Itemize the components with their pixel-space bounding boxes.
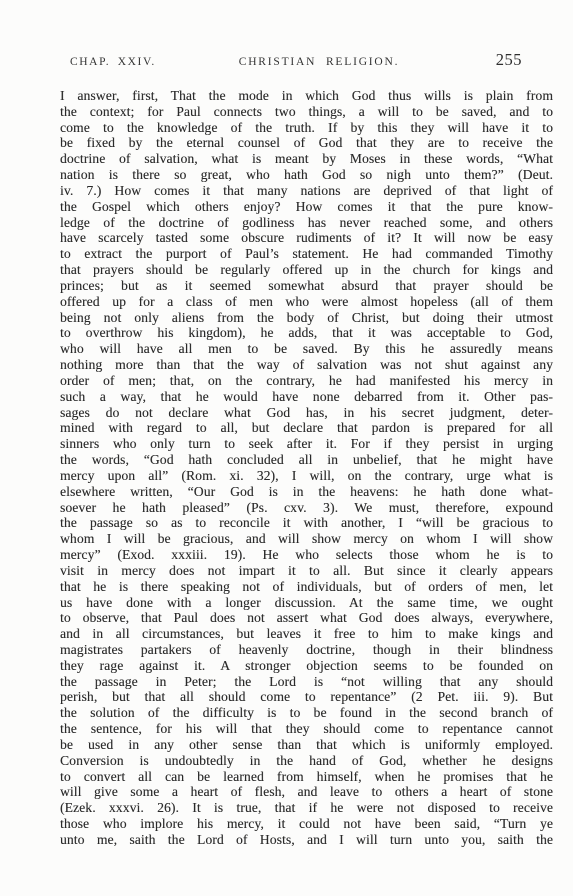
text-line: be fixed by the eternal counsel of God t… bbox=[60, 135, 553, 151]
text-line: be used in any other sense than that whi… bbox=[60, 737, 553, 753]
text-line: nation is there so great, who hath God s… bbox=[60, 167, 553, 183]
text-line: doctrine of salvation, what is meant by … bbox=[60, 151, 553, 167]
text-line: sages do not declare what God has, in hi… bbox=[60, 405, 553, 421]
text-line: iv. 7.) How comes it that many nations a… bbox=[60, 183, 553, 199]
text-line: unto me, saith the Lord of Hosts, and I … bbox=[60, 832, 553, 848]
text-line: (Ezek. xxxvi. 26). It is true, that if h… bbox=[60, 800, 553, 816]
running-head-title: CHRISTIAN RELIGION. bbox=[239, 56, 400, 68]
text-line: the passage so as to reconcile it with a… bbox=[60, 515, 553, 531]
text-line: nothing more than that the way of salvat… bbox=[60, 357, 553, 373]
text-line: the sentence, for his will that they sho… bbox=[60, 721, 553, 737]
text-line: to overthrow his kingdom), he adds, that… bbox=[60, 325, 553, 341]
text-line: have scarcely tasted some obscure rudime… bbox=[60, 230, 553, 246]
text-line: the words, “God hath concluded all in un… bbox=[60, 452, 553, 468]
text-line: order of men; that, on the contrary, he … bbox=[60, 373, 553, 389]
text-line: elsewhere written, “Our God is in the he… bbox=[60, 484, 553, 500]
text-line: to extract the purport of Paul’s stateme… bbox=[60, 246, 553, 262]
text-line: to convert all can be learned from himse… bbox=[60, 769, 553, 785]
text-line: that he is there speaking not of individ… bbox=[60, 579, 553, 595]
text-line: mined with regard to all, but declare th… bbox=[60, 420, 553, 436]
text-line: mercy upon all” (Rom. xi. 32), I will, o… bbox=[60, 468, 553, 484]
text-line: perish, but that all should come to repe… bbox=[60, 689, 553, 705]
text-line: those who implore his mercy, it could no… bbox=[60, 816, 553, 832]
text-line: such a way, that he would have none deba… bbox=[60, 389, 553, 405]
text-line: the passage in Peter; the Lord is “not w… bbox=[60, 674, 553, 690]
text-line: who will have all men to be saved. By th… bbox=[60, 341, 553, 357]
text-line: princes; but as it seemed somewhat absur… bbox=[60, 278, 553, 294]
text-line: mercy” (Exod. xxxiii. 19). He who select… bbox=[60, 547, 553, 563]
text-line: will give some a heart of flesh, and lea… bbox=[60, 784, 553, 800]
text-line: the context; for Paul connects two thing… bbox=[60, 104, 553, 120]
text-line: they rage against it. A stronger objecti… bbox=[60, 658, 553, 674]
text-line: Conversion is undoubtedly in the hand of… bbox=[60, 753, 553, 769]
text-line: I answer, first, That the mode in which … bbox=[60, 88, 553, 104]
running-header: CHAP. XXIV. CHRISTIAN RELIGION. 255 bbox=[60, 52, 553, 72]
text-line: being not only aliens from the body of C… bbox=[60, 310, 553, 326]
text-line: ledge of the doctrine of godliness has n… bbox=[60, 215, 553, 231]
text-line: visit in mercy does not impart it to all… bbox=[60, 563, 553, 579]
text-line: to observe, that Paul does not assert wh… bbox=[60, 610, 553, 626]
page-body-text: I answer, first, That the mode in which … bbox=[60, 88, 553, 848]
text-line: magistrates partakers of heavenly doctri… bbox=[60, 642, 553, 658]
text-line: us have done with a longer discussion. A… bbox=[60, 595, 553, 611]
text-line: and in all circumstances, but leaves it … bbox=[60, 626, 553, 642]
text-line: come to the knowledge of the truth. If b… bbox=[60, 120, 553, 136]
text-line: offered up for a class of men who were a… bbox=[60, 294, 553, 310]
book-page: CHAP. XXIV. CHRISTIAN RELIGION. 255 I an… bbox=[0, 0, 573, 896]
page-number: 255 bbox=[496, 50, 522, 70]
text-line: soever he hath pleased” (Ps. cxv. 3). We… bbox=[60, 500, 553, 516]
text-line: that prayers should be regularly offered… bbox=[60, 262, 553, 278]
text-line: the solution of the difficulty is to be … bbox=[60, 705, 553, 721]
text-line: the Gospel which others enjoy? How comes… bbox=[60, 199, 553, 215]
text-line: whom I will be gracious, and will show m… bbox=[60, 531, 553, 547]
running-head-chapter: CHAP. XXIV. bbox=[70, 56, 156, 68]
text-line: sinners who only turn to seek after it. … bbox=[60, 436, 553, 452]
